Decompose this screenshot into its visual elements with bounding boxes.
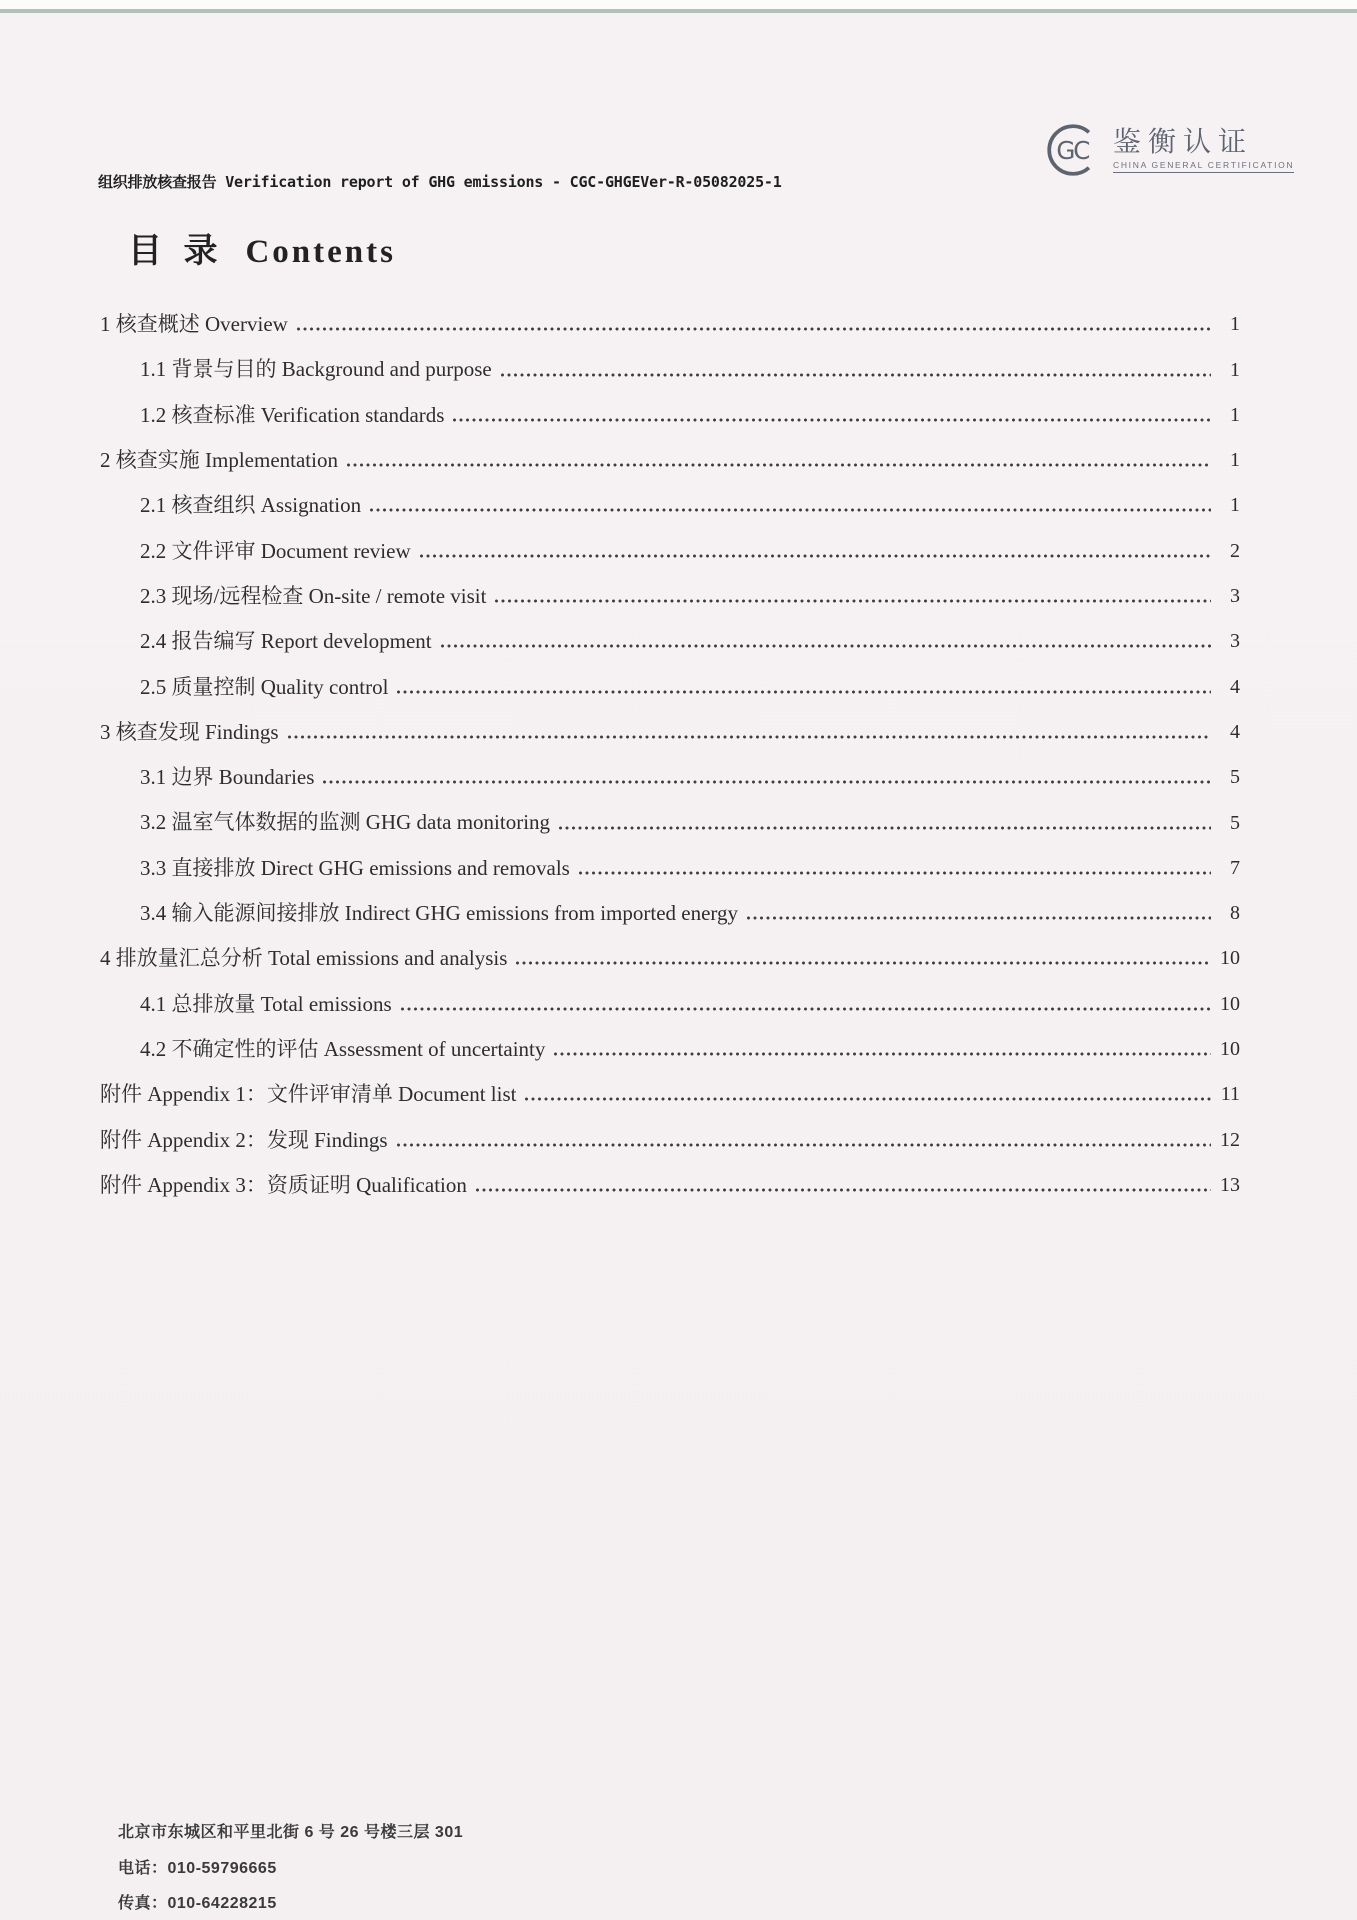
toc-entry-label: 4.2 不确定性的评估 Assessment of uncertainty [140, 1037, 545, 1061]
toc-entry-label: 3.4 输入能源间接排放 Indirect GHG emissions from… [140, 901, 738, 925]
toc-entry-label: 2.1 核查组织 Assignation [140, 493, 361, 517]
toc-entry-label: 1.1 背景与目的 Background and purpose [140, 357, 492, 381]
toc-leader-dots [420, 554, 1211, 558]
document-reference: 组织排放核查报告 Verification report of GHG emis… [98, 171, 782, 192]
toc-entry-page: 5 [1218, 812, 1240, 835]
toc-entry-page: 12 [1218, 1129, 1240, 1152]
toc-entry-label: 附件 Appendix 1：文件评审清单 Document list [100, 1082, 516, 1106]
toc-entry-page: 10 [1218, 947, 1240, 970]
document-page: 组织排放核查报告 Verification report of GHG emis… [0, 13, 1357, 1920]
toc-leader-dots [323, 780, 1211, 784]
toc-entry-label: 4.1 总排放量 Total emissions [140, 992, 392, 1016]
toc-leader-dots [297, 327, 1211, 331]
footer-phone: 电话：010-59796665 [118, 1849, 463, 1885]
scan-margin [0, 0, 1357, 9]
toc-entry-page: 7 [1218, 857, 1240, 880]
toc-entry: 1.1 背景与目的 Background and purpose 1 [100, 336, 1240, 381]
toc-entry: 2.2 文件评审 Document review 2 [100, 517, 1240, 562]
toc-entry-page: 1 [1218, 359, 1240, 382]
toc-entry-page: 11 [1218, 1083, 1240, 1106]
toc-leader-dots [501, 373, 1211, 377]
toc-entry-page: 1 [1218, 404, 1240, 427]
footer-address: 北京市东城区和平里北街 6 号 26 号楼三层 301 [118, 1813, 463, 1849]
toc-leader-dots [401, 1007, 1211, 1011]
cgc-name-en: CHINA GENERAL CERTIFICATION [1113, 160, 1294, 173]
toc-entry-page: 4 [1218, 676, 1240, 699]
toc-entry-page: 2 [1218, 540, 1240, 563]
toc-entry-label: 附件 Appendix 2：发现 Findings [100, 1128, 388, 1152]
page-title-en: Contents [245, 234, 396, 271]
toc-entry-label: 3.1 边界 Boundaries [140, 765, 314, 789]
toc-entry: 1 核查概述 Overview 1 [100, 291, 1240, 336]
toc-entry: 3.3 直接排放 Direct GHG emissions and remova… [100, 835, 1240, 880]
toc-entry-page: 13 [1218, 1174, 1240, 1197]
toc-entry: 1.2 核查标准 Verification standards 1 [100, 382, 1240, 427]
toc-entry: 附件 Appendix 2：发现 Findings 12 [100, 1106, 1240, 1151]
toc-entry-page: 10 [1218, 993, 1240, 1016]
table-of-contents: 1 核查概述 Overview 1 1.1 背景与目的 Background a… [100, 291, 1240, 1197]
toc-entry: 2.3 现场/远程检查 On-site / remote visit 3 [100, 563, 1240, 608]
toc-entry-label: 2.4 报告编写 Report development [140, 629, 432, 653]
toc-entry-label: 1.2 核查标准 Verification standards [140, 403, 444, 427]
toc-entry: 3.2 温室气体数据的监测 GHG data monitoring 5 [100, 789, 1240, 834]
toc-entry-page: 10 [1218, 1038, 1240, 1061]
toc-entry: 4.2 不确定性的评估 Assessment of uncertainty 10 [100, 1016, 1240, 1061]
toc-entry-page: 1 [1218, 449, 1240, 472]
toc-leader-dots [347, 463, 1211, 467]
toc-entry-label: 2.3 现场/远程检查 On-site / remote visit [140, 584, 486, 608]
toc-entry: 2.5 质量控制 Quality control 4 [100, 653, 1240, 698]
cgc-logo-icon: GC [1044, 121, 1102, 179]
toc-leader-dots [441, 644, 1211, 648]
cgc-monogram: GC [1056, 136, 1089, 165]
toc-entry: 附件 Appendix 1：文件评审清单 Document list 11 [100, 1061, 1240, 1106]
toc-entry-label: 附件 Appendix 3：资质证明 Qualification [100, 1173, 467, 1197]
toc-entry-label: 3 核查发现 Findings [100, 720, 279, 744]
toc-leader-dots [476, 1188, 1211, 1192]
toc-entry-label: 4 排放量汇总分析 Total emissions and analysis [100, 946, 507, 970]
toc-leader-dots [453, 418, 1211, 422]
toc-entry: 3 核查发现 Findings 4 [100, 699, 1240, 744]
toc-entry-page: 1 [1218, 494, 1240, 517]
cgc-logo: GC 鉴衡认证 CHINA GENERAL CERTIFICATION [1044, 121, 1294, 179]
footer-fax: 传真：010-64228215 [118, 1884, 463, 1920]
toc-entry-page: 5 [1218, 766, 1240, 789]
toc-entry-label: 1 核查概述 Overview [100, 312, 288, 336]
toc-entry-label: 2.5 质量控制 Quality control [140, 675, 388, 699]
toc-entry-page: 8 [1218, 902, 1240, 925]
toc-leader-dots [525, 1097, 1211, 1101]
cgc-name-cn: 鉴衡认证 [1113, 127, 1294, 158]
toc-leader-dots [370, 508, 1211, 512]
toc-entry-page: 1 [1218, 313, 1240, 336]
page-title: 目 录 Contents [128, 223, 396, 272]
toc-leader-dots [397, 1143, 1211, 1147]
page-footer: 北京市东城区和平里北街 6 号 26 号楼三层 301 电话：010-59796… [118, 1813, 463, 1920]
toc-entry: 4 排放量汇总分析 Total emissions and analysis 1… [100, 925, 1240, 970]
toc-entry: 2 核查实施 Implementation 1 [100, 427, 1240, 472]
toc-entry-page: 3 [1218, 585, 1240, 608]
toc-leader-dots [554, 1052, 1211, 1056]
page-title-cn: 目 录 [128, 223, 223, 272]
toc-entry-label: 2 核查实施 Implementation [100, 448, 338, 472]
toc-leader-dots [288, 735, 1211, 739]
toc-entry: 2.1 核查组织 Assignation 1 [100, 472, 1240, 517]
toc-entry-page: 3 [1218, 630, 1240, 653]
toc-leader-dots [747, 916, 1211, 920]
toc-entry-label: 3.2 温室气体数据的监测 GHG data monitoring [140, 810, 550, 834]
toc-leader-dots [559, 826, 1211, 830]
toc-leader-dots [579, 871, 1211, 875]
toc-leader-dots [495, 599, 1211, 603]
toc-entry: 4.1 总排放量 Total emissions 10 [100, 970, 1240, 1015]
toc-entry-label: 2.2 文件评审 Document review [140, 539, 411, 563]
toc-leader-dots [397, 690, 1211, 694]
toc-entry: 2.4 报告编写 Report development 3 [100, 608, 1240, 653]
toc-entry: 附件 Appendix 3：资质证明 Qualification 13 [100, 1152, 1240, 1197]
toc-entry: 3.4 输入能源间接排放 Indirect GHG emissions from… [100, 880, 1240, 925]
toc-entry-page: 4 [1218, 721, 1240, 744]
cgc-logo-text: 鉴衡认证 CHINA GENERAL CERTIFICATION [1113, 127, 1294, 173]
toc-entry-label: 3.3 直接排放 Direct GHG emissions and remova… [140, 856, 570, 880]
toc-leader-dots [516, 961, 1211, 965]
toc-entry: 3.1 边界 Boundaries 5 [100, 744, 1240, 789]
